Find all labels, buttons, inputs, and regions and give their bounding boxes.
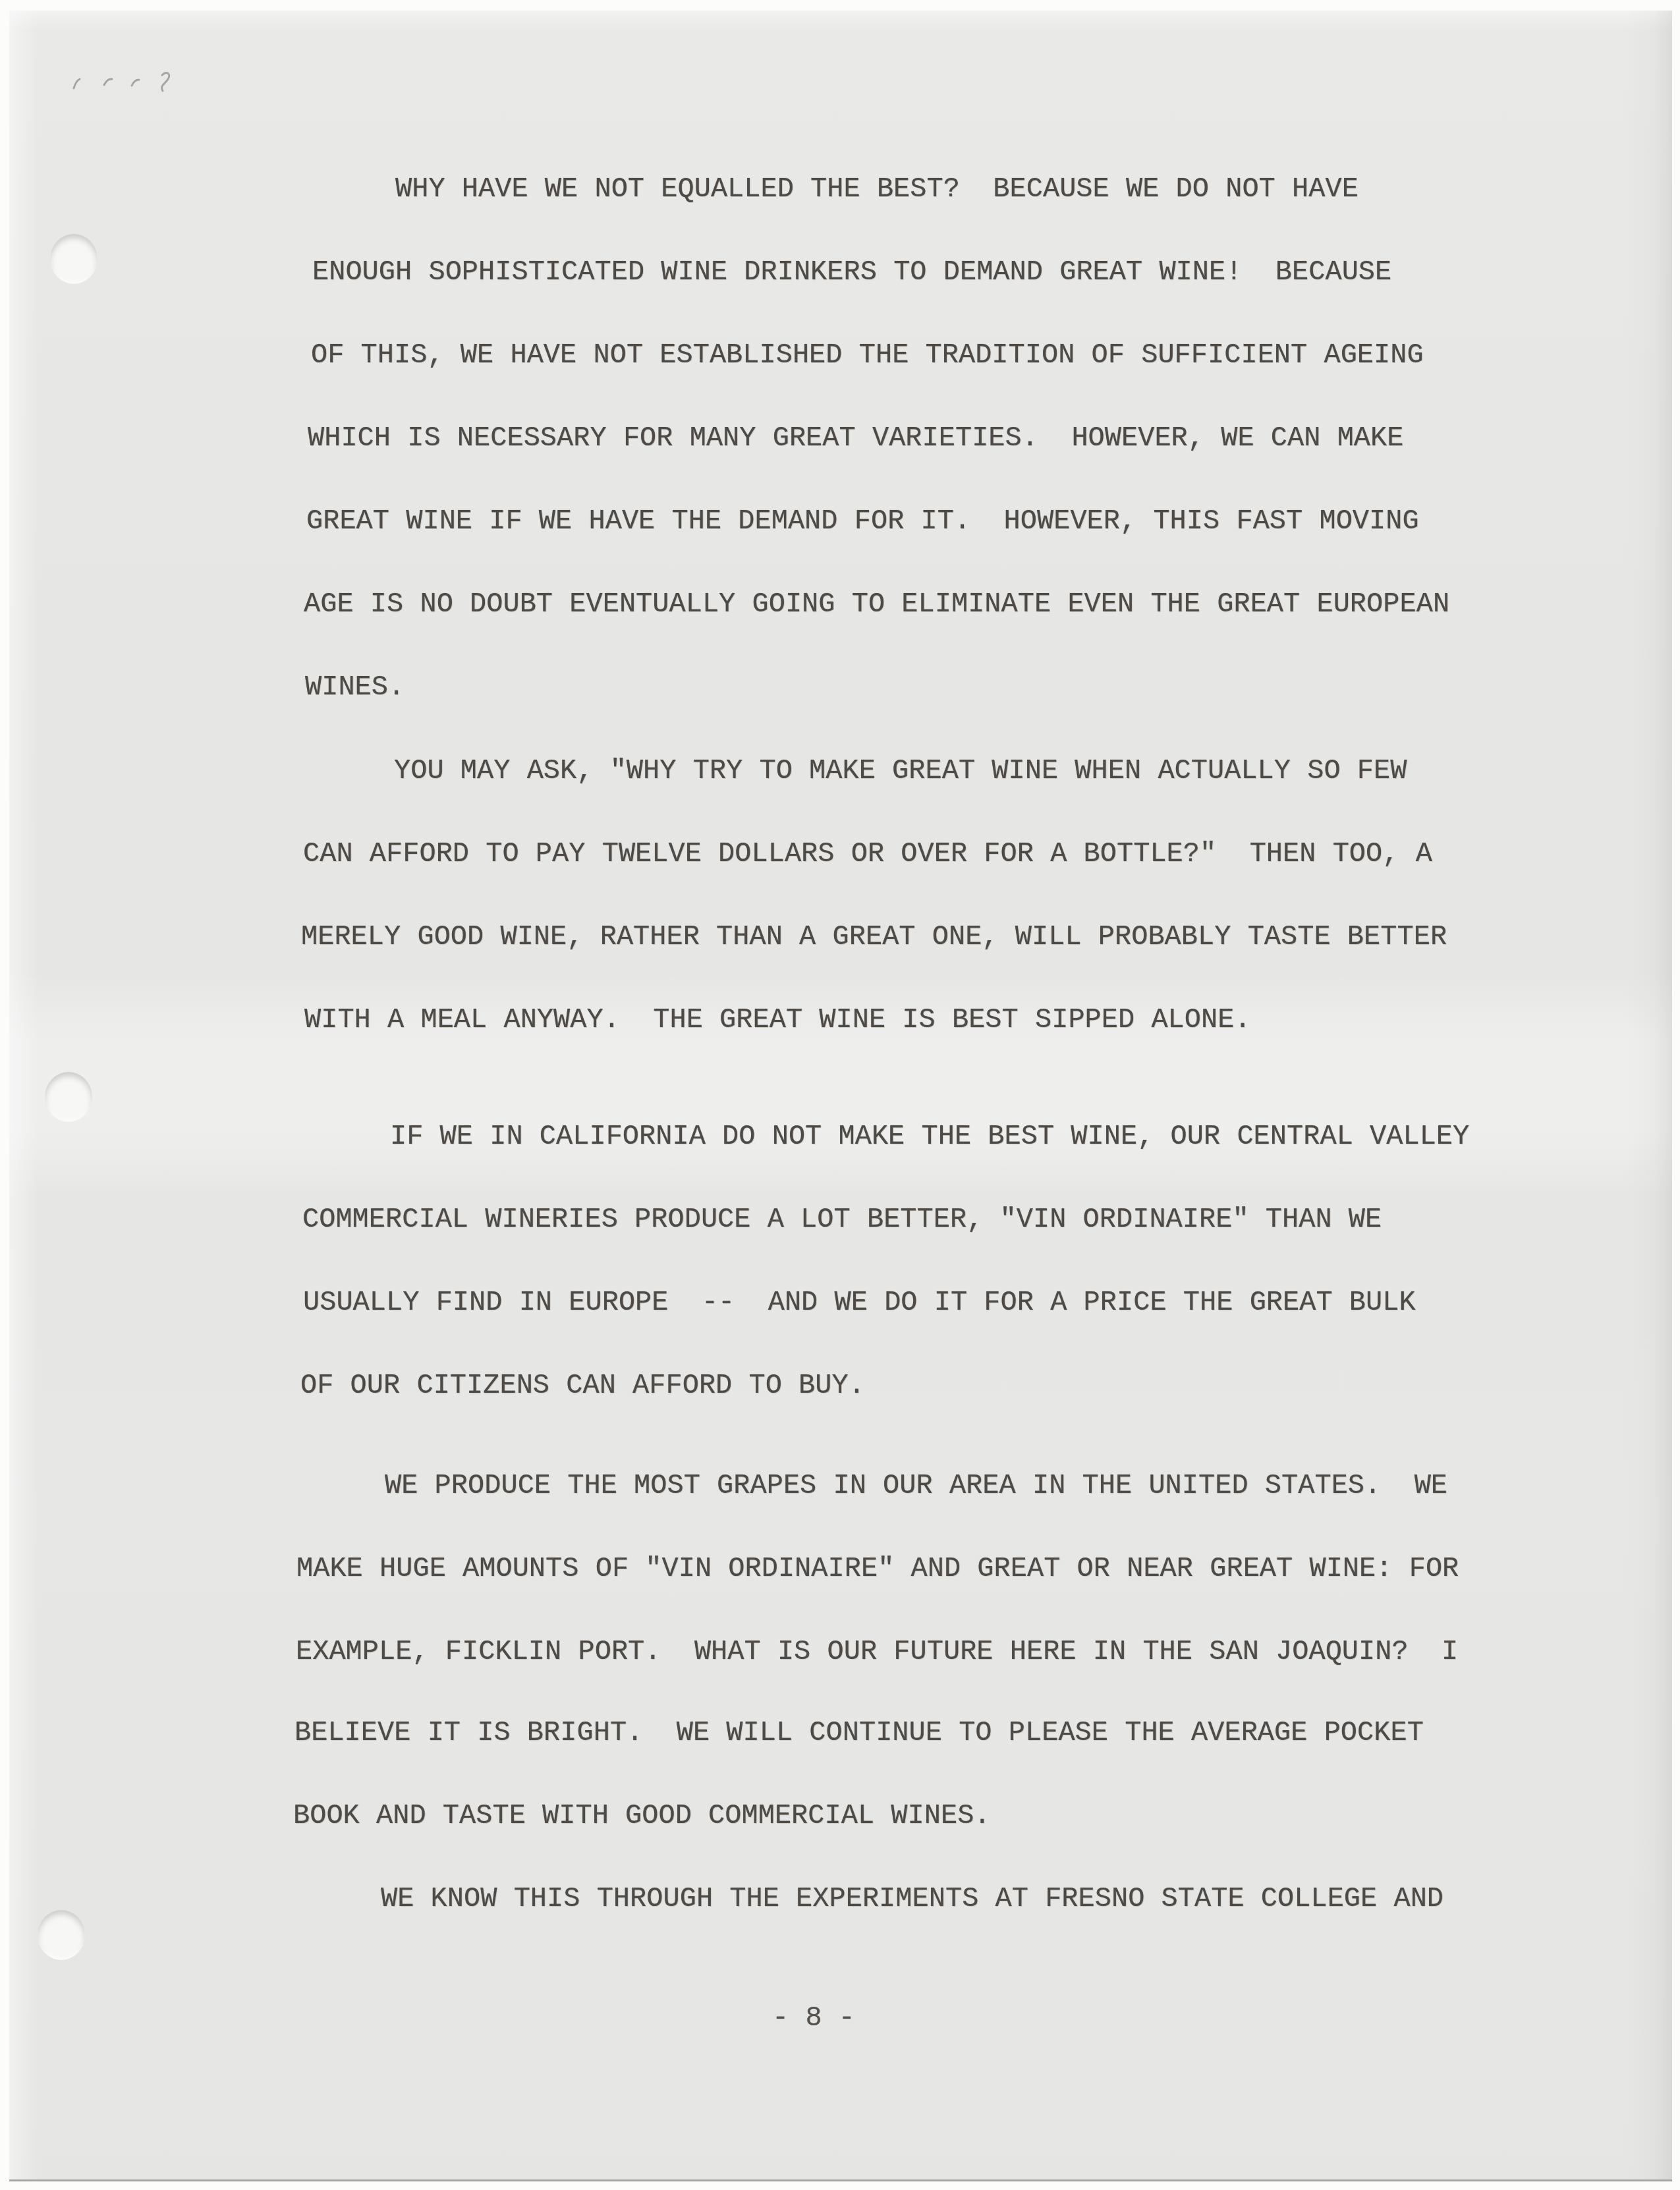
typed-line: GREAT WINE IF WE HAVE THE DEMAND FOR IT.… — [306, 506, 1419, 536]
typed-line: BELIEVE IT IS BRIGHT. WE WILL CONTINUE T… — [294, 1718, 1424, 1748]
typed-line: YOU MAY ASK, "WHY TRY TO MAKE GREAT WINE… — [394, 756, 1407, 786]
typed-line: USUALLY FIND IN EUROPE -- AND WE DO IT F… — [303, 1287, 1416, 1318]
typed-line: COMMERCIAL WINERIES PRODUCE A LOT BETTER… — [302, 1204, 1382, 1235]
scanned-page: WHY HAVE WE NOT EQUALLED THE BEST? BECAU… — [0, 0, 1680, 2190]
typed-line: CAN AFFORD TO PAY TWELVE DOLLARS OR OVER… — [303, 839, 1432, 869]
typed-line: ENOUGH SOPHISTICATED WINE DRINKERS TO DE… — [312, 257, 1391, 287]
typed-line: WE PRODUCE THE MOST GRAPES IN OUR AREA I… — [385, 1471, 1447, 1501]
typed-line: WITH A MEAL ANYWAY. THE GREAT WINE IS BE… — [304, 1005, 1251, 1035]
typed-line: WINES. — [305, 672, 405, 702]
hole-punch — [50, 234, 98, 284]
hole-punch — [45, 1072, 92, 1122]
hole-punch — [38, 1910, 85, 1960]
typed-line: MERELY GOOD WINE, RATHER THAN A GREAT ON… — [301, 922, 1447, 952]
typed-line: MAKE HUGE AMOUNTS OF "VIN ORDINAIRE" AND… — [296, 1554, 1459, 1584]
typed-line: WHICH IS NECESSARY FOR MANY GREAT VARIET… — [308, 423, 1403, 453]
typed-line: WHY HAVE WE NOT EQUALLED THE BEST? BECAU… — [395, 174, 1358, 204]
typed-line: IF WE IN CALIFORNIA DO NOT MAKE THE BEST… — [390, 1121, 1469, 1152]
page-number: - 8 - — [772, 2003, 855, 2033]
typed-line: OF THIS, WE HAVE NOT ESTABLISHED THE TRA… — [311, 340, 1424, 370]
typed-line: BOOK AND TASTE WITH GOOD COMMERCIAL WINE… — [293, 1801, 991, 1831]
typed-line: OF OUR CITIZENS CAN AFFORD TO BUY. — [300, 1370, 865, 1401]
paper-sheet — [9, 11, 1672, 2181]
typed-line: AGE IS NO DOUBT EVENTUALLY GOING TO ELIM… — [304, 589, 1449, 619]
pencil-marks — [66, 61, 198, 103]
typed-line: WE KNOW THIS THROUGH THE EXPERIMENTS AT … — [381, 1884, 1443, 1914]
typed-line: EXAMPLE, FICKLIN PORT. WHAT IS OUR FUTUR… — [296, 1637, 1458, 1667]
